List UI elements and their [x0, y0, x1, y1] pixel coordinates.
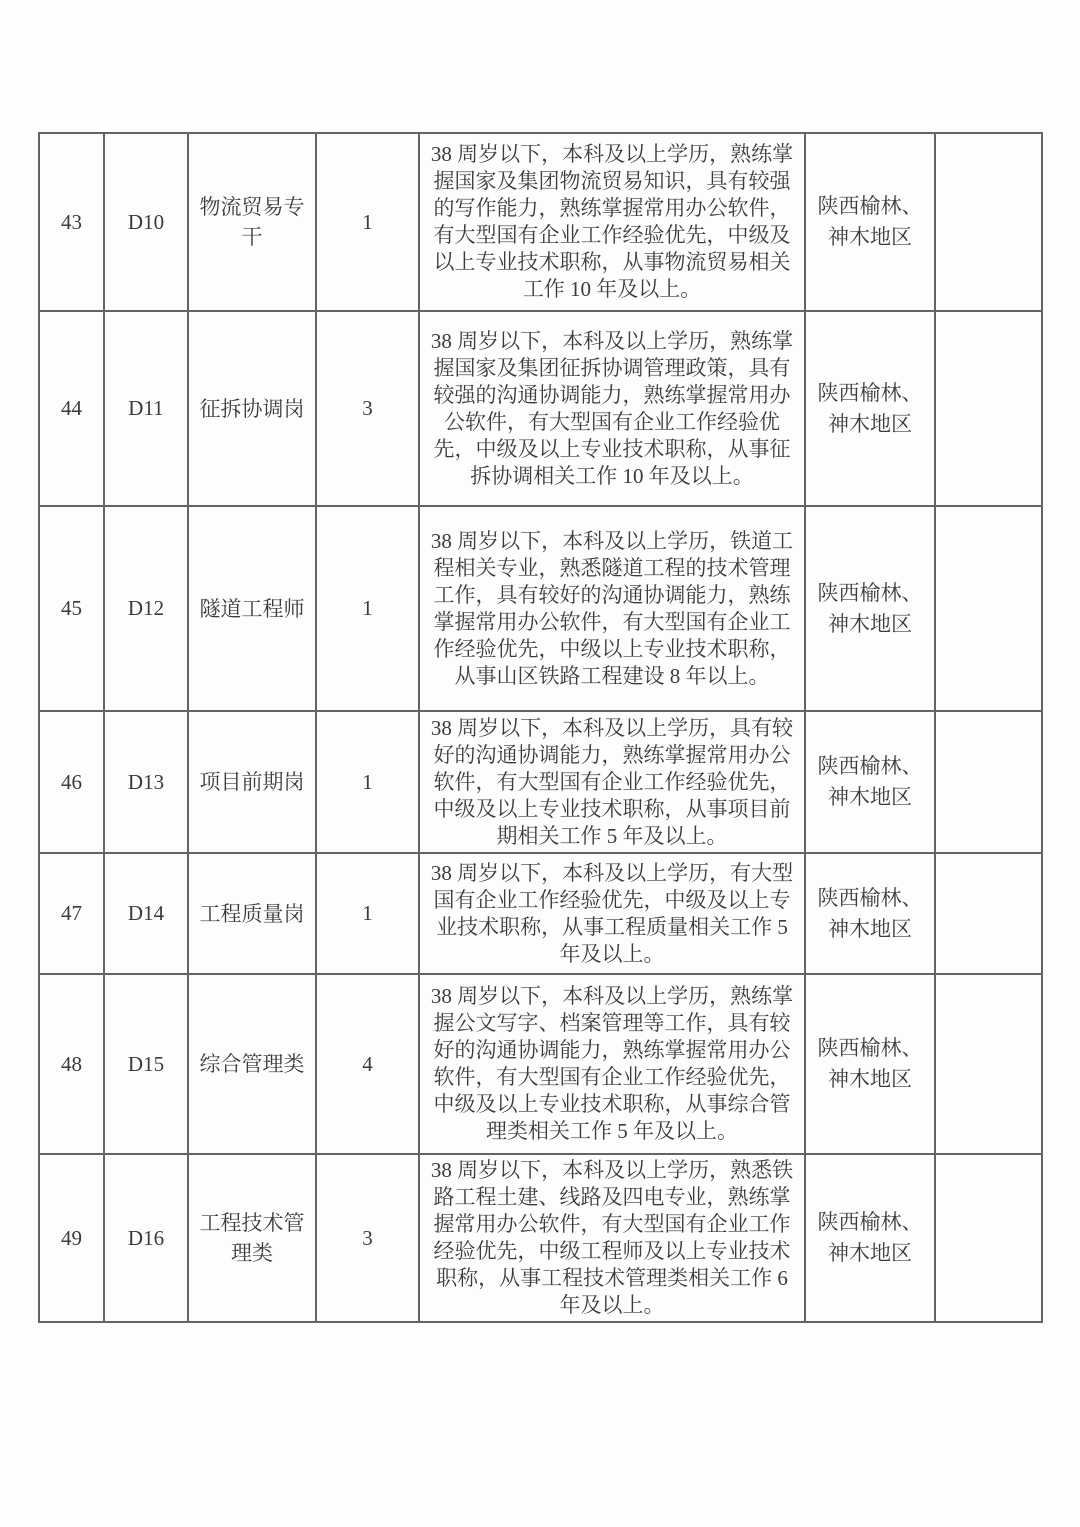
cell-requirements: 38 周岁以下，本科及以上学历，熟悉铁路工程土建、线路及四电专业，熟练掌握常用办… — [419, 1154, 805, 1322]
cell-headcount: 1 — [316, 133, 419, 311]
cell-position-title: 征拆协调岗 — [188, 311, 316, 506]
cell-position-code: D11 — [104, 311, 188, 506]
cell-notes — [935, 506, 1042, 711]
cell-position-code: D15 — [104, 974, 188, 1154]
cell-row-number: 49 — [39, 1154, 104, 1322]
cell-headcount: 1 — [316, 711, 419, 853]
cell-position-code: D12 — [104, 506, 188, 711]
cell-notes — [935, 974, 1042, 1154]
cell-position-title: 工程技术管理类 — [188, 1154, 316, 1322]
cell-location: 陕西榆林、神木地区 — [805, 1154, 935, 1322]
cell-row-number: 48 — [39, 974, 104, 1154]
cell-notes — [935, 1154, 1042, 1322]
cell-headcount: 1 — [316, 506, 419, 711]
table-row: 47 D14 工程质量岗 1 38 周岁以下，本科及以上学历，有大型国有企业工作… — [39, 853, 1042, 974]
cell-position-title: 物流贸易专干 — [188, 133, 316, 311]
cell-requirements: 38 周岁以下，本科及以上学历，熟练掌握公文写字、档案管理等工作，具有较好的沟通… — [419, 974, 805, 1154]
cell-position-code: D13 — [104, 711, 188, 853]
cell-requirements: 38 周岁以下，本科及以上学历，熟练掌握国家及集团征拆协调管理政策，具有较强的沟… — [419, 311, 805, 506]
table-row: 48 D15 综合管理类 4 38 周岁以下，本科及以上学历，熟练掌握公文写字、… — [39, 974, 1042, 1154]
cell-headcount: 3 — [316, 1154, 419, 1322]
cell-location: 陕西榆林、神木地区 — [805, 133, 935, 311]
table-row: 44 D11 征拆协调岗 3 38 周岁以下，本科及以上学历，熟练掌握国家及集团… — [39, 311, 1042, 506]
table-row: 49 D16 工程技术管理类 3 38 周岁以下，本科及以上学历，熟悉铁路工程土… — [39, 1154, 1042, 1322]
cell-position-title: 综合管理类 — [188, 974, 316, 1154]
cell-location: 陕西榆林、神木地区 — [805, 506, 935, 711]
cell-notes — [935, 133, 1042, 311]
cell-row-number: 43 — [39, 133, 104, 311]
cell-headcount: 4 — [316, 974, 419, 1154]
cell-requirements: 38 周岁以下，本科及以上学历，有大型国有企业工作经验优先，中级及以上专业技术职… — [419, 853, 805, 974]
table-row: 45 D12 隧道工程师 1 38 周岁以下，本科及以上学历，铁道工程相关专业，… — [39, 506, 1042, 711]
cell-requirements: 38 周岁以下，本科及以上学历，铁道工程相关专业，熟悉隧道工程的技术管理工作，具… — [419, 506, 805, 711]
cell-row-number: 44 — [39, 311, 104, 506]
document-page: 43 D10 物流贸易专干 1 38 周岁以下，本科及以上学历，熟练掌握国家及集… — [0, 0, 1080, 1527]
cell-position-code: D16 — [104, 1154, 188, 1322]
cell-headcount: 3 — [316, 311, 419, 506]
cell-position-code: D14 — [104, 853, 188, 974]
cell-location: 陕西榆林、神木地区 — [805, 853, 935, 974]
table-row: 43 D10 物流贸易专干 1 38 周岁以下，本科及以上学历，熟练掌握国家及集… — [39, 133, 1042, 311]
cell-row-number: 46 — [39, 711, 104, 853]
recruitment-table: 43 D10 物流贸易专干 1 38 周岁以下，本科及以上学历，熟练掌握国家及集… — [38, 132, 1043, 1323]
cell-row-number: 45 — [39, 506, 104, 711]
cell-position-title: 隧道工程师 — [188, 506, 316, 711]
cell-location: 陕西榆林、神木地区 — [805, 311, 935, 506]
cell-requirements: 38 周岁以下，本科及以上学历，具有较好的沟通协调能力，熟练掌握常用办公软件，有… — [419, 711, 805, 853]
cell-notes — [935, 311, 1042, 506]
cell-position-code: D10 — [104, 133, 188, 311]
cell-row-number: 47 — [39, 853, 104, 974]
table-row: 46 D13 项目前期岗 1 38 周岁以下，本科及以上学历，具有较好的沟通协调… — [39, 711, 1042, 853]
cell-headcount: 1 — [316, 853, 419, 974]
cell-position-title: 工程质量岗 — [188, 853, 316, 974]
cell-location: 陕西榆林、神木地区 — [805, 974, 935, 1154]
cell-notes — [935, 711, 1042, 853]
cell-position-title: 项目前期岗 — [188, 711, 316, 853]
cell-location: 陕西榆林、神木地区 — [805, 711, 935, 853]
cell-requirements: 38 周岁以下，本科及以上学历，熟练掌握国家及集团物流贸易知识，具有较强的写作能… — [419, 133, 805, 311]
cell-notes — [935, 853, 1042, 974]
